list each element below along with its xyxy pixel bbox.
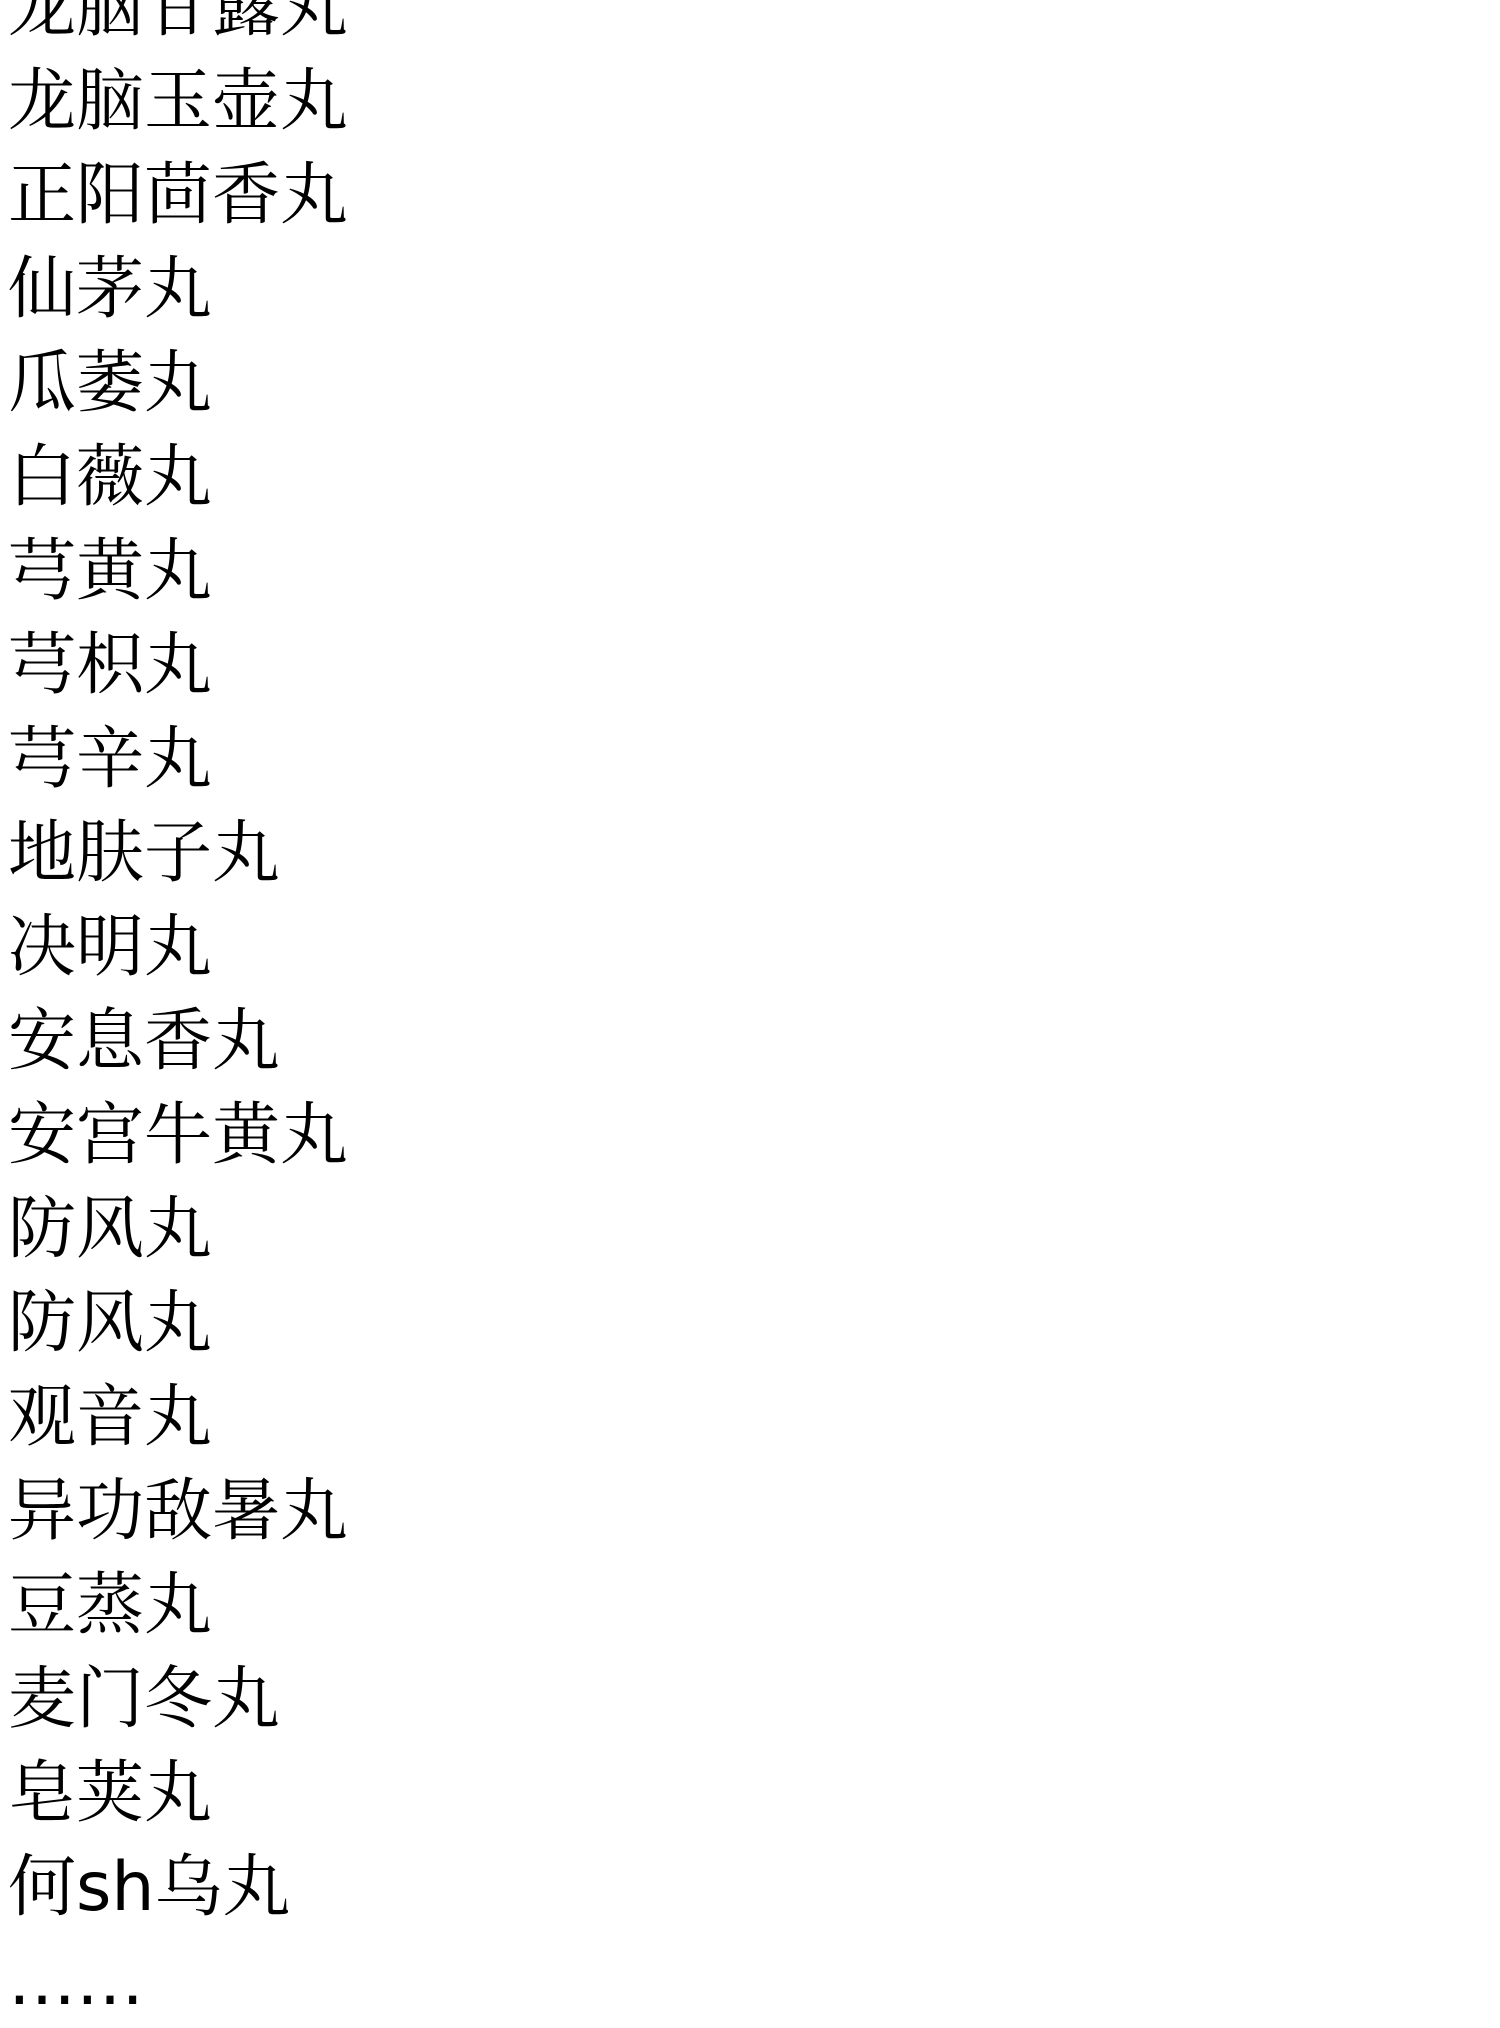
pill-name-line: 正阳茴香丸	[8, 149, 348, 243]
pill-name-line: 豆蒸丸	[8, 1559, 348, 1653]
pill-name-line: 白薇丸	[8, 431, 348, 525]
pill-name-line: 防风丸	[8, 1183, 348, 1277]
pill-name-line: 异功敌暑丸	[8, 1465, 348, 1559]
pill-name-line: 芎枳丸	[8, 619, 348, 713]
pill-name-line: 防风丸	[8, 1277, 348, 1371]
pill-name-line: 龙脑玉壶丸	[8, 55, 348, 149]
pill-name-line: 地肤子丸	[8, 807, 348, 901]
document-page: 龙脑甘露丸龙脑玉壶丸正阳茴香丸仙茅丸瓜萎丸白薇丸芎黄丸芎枳丸芎辛丸地肤子丸决明丸…	[0, 0, 1500, 2028]
pill-name-line: 皂荚丸	[8, 1747, 348, 1841]
pill-name-line: 龙脑甘露丸	[8, 0, 348, 55]
pill-name-list: 龙脑甘露丸龙脑玉壶丸正阳茴香丸仙茅丸瓜萎丸白薇丸芎黄丸芎枳丸芎辛丸地肤子丸决明丸…	[8, 0, 348, 2028]
pill-name-line: 仙茅丸	[8, 243, 348, 337]
pill-name-line: 决明丸	[8, 901, 348, 995]
pill-name-line: 芎黄丸	[8, 525, 348, 619]
pill-name-line: 安宫牛黄丸	[8, 1089, 348, 1183]
pill-name-line: 芎辛丸	[8, 713, 348, 807]
pill-name-line: ……	[8, 1935, 348, 2028]
pill-name-line: 麦门冬丸	[8, 1653, 348, 1747]
pill-name-line: 安息香丸	[8, 995, 348, 1089]
pill-name-line: 何sh乌丸	[8, 1841, 348, 1935]
pill-name-line: 观音丸	[8, 1371, 348, 1465]
pill-name-line: 瓜萎丸	[8, 337, 348, 431]
